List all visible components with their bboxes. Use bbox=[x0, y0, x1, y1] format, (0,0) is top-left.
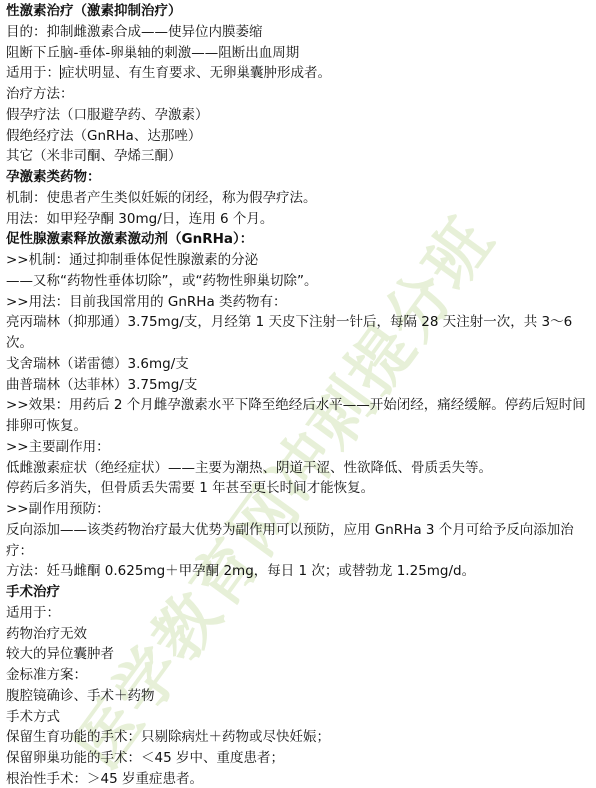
progestin-mechanism: 机制：使患者产生类似妊娠的闭经，称为假孕疗法。 bbox=[6, 188, 590, 209]
prevention-text: 反向添加——该类药物治疗最大优势为副作用可以预防，应用 GnRHa 3 个月可给… bbox=[6, 520, 590, 562]
method-item: 假孕疗法（口服避孕药、孕激素） bbox=[6, 105, 590, 126]
gnrha-drug-item: 戈舍瑞林（诺雷德）3.6mg/支 bbox=[6, 354, 590, 375]
section-heading-surgery: 手术治疗 bbox=[6, 582, 590, 603]
gold-standard-label: 金标准方案： bbox=[6, 665, 590, 686]
surgery-method-item: 根治性手术：＞45 岁重症患者。 bbox=[6, 769, 590, 788]
section-heading-hormone-therapy: 性激素治疗（激素抑制治疗） bbox=[6, 1, 590, 22]
surgery-indication-item: 药物治疗无效 bbox=[6, 624, 590, 645]
surgery-method-item: 保留卵巢功能的手术：＜45 岁中、重度患者； bbox=[6, 748, 590, 769]
progestin-usage: 用法：如甲羟孕酮 30mg/日，连用 6 个月。 bbox=[6, 209, 590, 230]
surgery-methods-label: 手术方式 bbox=[6, 707, 590, 728]
gnrha-usage-label: >>用法：目前我国常用的 GnRHa 类药物有： bbox=[6, 292, 590, 313]
gnrha-mechanism: >>机制：通过抑制垂体促性腺激素的分泌 bbox=[6, 250, 590, 271]
gnrha-drug-item: 亮丙瑞林（抑那通）3.75mg/支，月经第 1 天皮下注射一针后，每隔 28 天… bbox=[6, 312, 590, 354]
side-effect-item: 低雌激素症状（绝经症状）——主要为潮热、阴道干涩、性欲降低、骨质丢失等。 bbox=[6, 458, 590, 479]
indication-line: 适用于：症状明显、有生育要求、无卵巢囊肿形成者。 bbox=[6, 63, 590, 84]
prevention-method: 方法：妊马雌酮 0.625mg＋甲孕酮 2mg，每日 1 次；或替勃龙 1.25… bbox=[6, 561, 590, 582]
section-heading-gnrha: 促性腺激素释放激素激动剂（GnRHa）： bbox=[6, 229, 590, 250]
methods-label: 治疗方法： bbox=[6, 84, 590, 105]
gnrha-aka: ——又称“药物性垂体切除”，或“药物性卵巢切除”。 bbox=[6, 271, 590, 292]
section-heading-progestin: 孕激素类药物： bbox=[6, 167, 590, 188]
block-text: 阻断下丘脑-垂体-卵巢轴的刺激——阻断出血周期 bbox=[6, 43, 590, 64]
prevention-label: >>副作用预防： bbox=[6, 499, 590, 520]
indication-label: 适用于： bbox=[6, 65, 60, 81]
gnrha-effect: >>效果：用药后 2 个月雌孕激素水平下降至绝经后水平——开始闭经，痛经缓解。停… bbox=[6, 395, 590, 437]
method-item: 假绝经疗法（GnRHa、达那唑） bbox=[6, 126, 590, 147]
gold-standard-text: 腹腔镜确诊、手术＋药物 bbox=[6, 686, 590, 707]
indication-text: 症状明显、有生育要求、无卵巢囊肿形成者。 bbox=[61, 65, 331, 81]
side-effect-item: 停药后多消失，但骨质丢失需要 1 年甚至更长时间才能恢复。 bbox=[6, 478, 590, 499]
purpose-text: 目的：抑制雌激素合成——使异位内膜萎缩 bbox=[6, 22, 590, 43]
side-effects-label: >>主要副作用： bbox=[6, 437, 590, 458]
gnrha-drug-item: 曲普瑞林（达菲林）3.75mg/支 bbox=[6, 375, 590, 396]
surgery-method-item: 保留生育功能的手术：只剔除病灶＋药物或尽快妊娠； bbox=[6, 727, 590, 748]
surgery-indication-item: 较大的异位囊肿者 bbox=[6, 644, 590, 665]
method-item: 其它（米非司酮、孕烯三酮） bbox=[6, 146, 590, 167]
document-body: 性激素治疗（激素抑制治疗） 目的：抑制雌激素合成——使异位内膜萎缩 阻断下丘脑-… bbox=[6, 1, 590, 788]
surgery-indication-label: 适用于： bbox=[6, 603, 590, 624]
